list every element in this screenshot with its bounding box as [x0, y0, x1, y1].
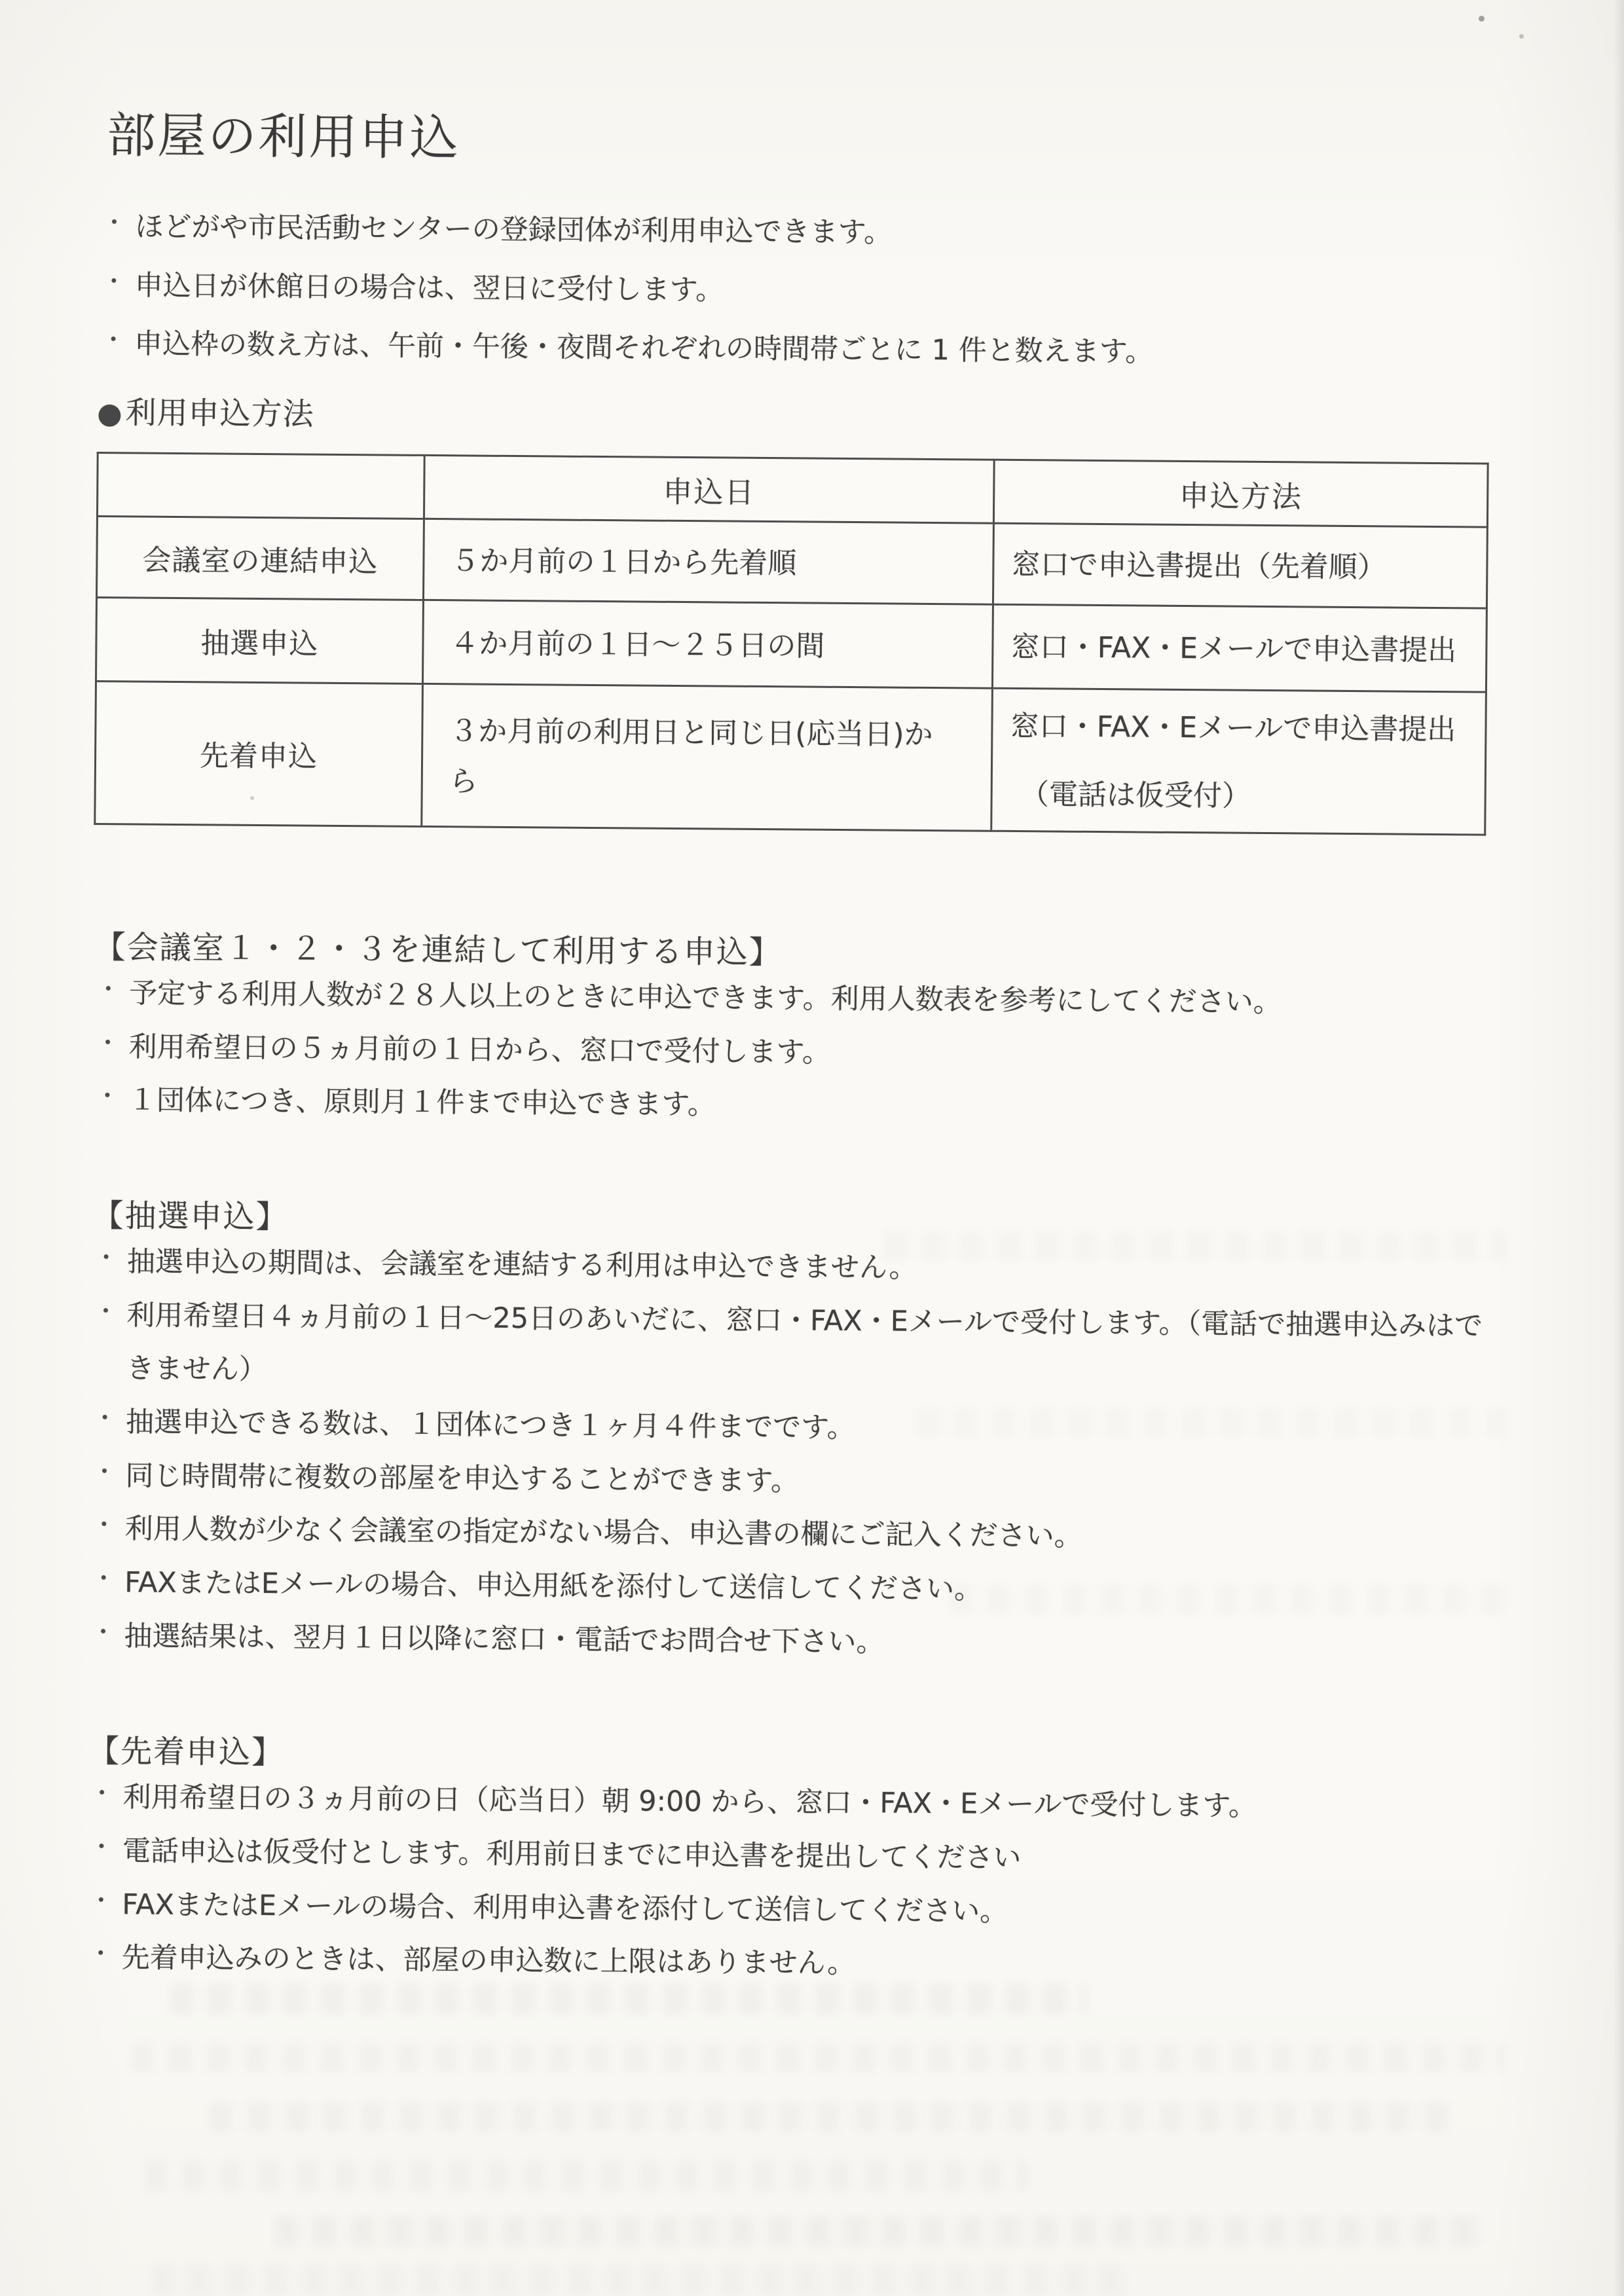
scan-edge-shadow [1614, 0, 1624, 2296]
cell-date: ５か月前の１日から先着順 [423, 519, 993, 604]
table-row: 会議室の連結申込 ５か月前の１日から先着順 窓口で申込書提出（先着順） [96, 517, 1487, 609]
bullet-text: FAXまたはEメールの場合、利用申込書を添付して送信してください。 [122, 1888, 1008, 1928]
list-item: ・ １団体につき、原則月１件まで申込できます。 [92, 1074, 1487, 1138]
header-cell-empty [97, 453, 424, 519]
bullet-icon: ・ [96, 968, 120, 1013]
bullet-text: 利用希望日の３ヵ月前の日（応当日）朝 9:00 から、窓口・FAX・Eメールで受… [122, 1781, 1257, 1823]
bleed-through-artifact [210, 2102, 1454, 2132]
bullet-icon: ・ [96, 1021, 120, 1066]
bullet-text: 同じ時間帯に複数の部屋を申込することができます。 [125, 1459, 799, 1497]
bullet-icon: ・ [91, 1611, 115, 1656]
bleed-through-artifact [275, 2216, 1486, 2246]
bullet-text: 先着申込みのときは、部屋の申込数に上限はありません。 [121, 1942, 855, 1980]
list-item: ・ ほどがや市民活動センターの登録団体が利用申込できます。 [98, 200, 1494, 264]
bullet-icon: ・ [93, 1396, 117, 1442]
bullet-text: １団体につき、原則月１件まで申込できます。 [128, 1084, 716, 1121]
bullet-icon: ・ [92, 1503, 117, 1548]
bullet-text: ほどがや市民活動センターの登録団体が利用申込できます。 [135, 210, 892, 249]
cell-date: ４か月前の１日～２５日の間 [422, 600, 993, 688]
header-cell-date: 申込日 [424, 455, 994, 523]
bullet-icon: ・ [94, 1236, 119, 1281]
section-bullet-list: ・ 利用希望日の３ヵ月前の日（応当日）朝 9:00 から、窓口・FAX・Eメール… [84, 1771, 1481, 1995]
page-title: 部屋の利用申込 [107, 97, 1494, 177]
cell-method: 窓口・FAX・Eメールで申込書提出 （電話は仮受付） [991, 688, 1486, 835]
bullet-icon: ・ [94, 1290, 118, 1335]
table-row: 抽選申込 ４か月前の１日～２５日の間 窓口・FAX・Eメールで申込書提出 [96, 598, 1486, 693]
intro-bullet-list: ・ ほどがや市民活動センターの登録団体が利用申込できます。 ・ 申込日が休館日の… [98, 200, 1494, 382]
bullet-text: FAXまたはEメールの場合、申込用紙を添付して送信してください。 [124, 1566, 982, 1605]
header-cell-method: 申込方法 [994, 460, 1488, 527]
table-header-row: 申込日 申込方法 [97, 453, 1488, 528]
bullet-text: 申込日が休館日の場合は、翌日に受付します。 [135, 269, 724, 306]
bullet-icon: ・ [92, 1557, 116, 1602]
bullet-text: 利用人数が少なく会議室の指定がない場合、申込書の欄にご記入ください。 [125, 1513, 1082, 1553]
section-bullet-list: ・ 抽選申込の期間は、会議室を連結する利用は申込できません。 ・ 利用希望日４ヵ… [87, 1235, 1485, 1674]
bleed-through-artifact [131, 2043, 1506, 2073]
bullet-icon: ・ [89, 1879, 113, 1924]
bleed-through-artifact [144, 2160, 1028, 2191]
application-method-table: 申込日 申込方法 会議室の連結申込 ５か月前の１日から先着順 窓口で申込書提出（… [94, 452, 1488, 835]
table-row: 先着申込 ３か月前の利用日と同じ日(応当日)から 窓口・FAX・Eメールで申込書… [95, 682, 1486, 835]
list-item: ・ 利用希望日４ヵ月前の１日～25日のあいだに、窓口・FAX・Eメールで受付しま… [89, 1289, 1485, 1407]
list-item: ・ 申込日が休館日の場合は、翌日に受付します。 [98, 259, 1493, 323]
bullet-icon: ・ [92, 1450, 117, 1495]
cell-type: 会議室の連結申込 [96, 517, 424, 600]
bullet-icon: ・ [90, 1825, 114, 1870]
bullet-text: 利用希望日４ヵ月前の１日～25日のあいだに、窓口・FAX・Eメールで受付します。… [126, 1299, 1483, 1386]
bullet-icon: ・ [102, 260, 126, 305]
list-item: ・ 抽選結果は、翌月１日以降に窓口・電話でお問合せ下さい。 [87, 1610, 1483, 1674]
scan-speck [1479, 16, 1485, 22]
document-content: 部屋の利用申込 ・ ほどがや市民活動センターの登録団体が利用申込できます。 ・ … [84, 97, 1494, 1996]
method-line: 窓口・FAX・Eメールで申込書提出 [1010, 704, 1479, 754]
bullet-text: 予定する利用人数が２８人以上のときに申込できます。利用人数表を参考にしてください… [129, 977, 1282, 1019]
cell-date: ３か月前の利用日と同じ日(応当日)から [422, 683, 993, 831]
cell-method: 窓口・FAX・Eメールで申込書提出 [993, 604, 1487, 692]
section-bullet-list: ・ 予定する利用人数が２８人以上のときに申込できます。利用人数表を参考にしてくだ… [92, 967, 1488, 1139]
bullet-text: 抽選申込できる数は、１団体につき１ヶ月４件までです。 [126, 1406, 855, 1444]
list-item: ・ 先着申込みのときは、部屋の申込数に上限はありません。 [84, 1931, 1480, 1995]
scan-speck [1519, 34, 1524, 39]
method-line: 窓口・FAX・Eメールで申込書提出 [1010, 625, 1479, 674]
cell-type: 先着申込 [95, 682, 423, 827]
cell-method: 窓口で申込書提出（先着順） [993, 523, 1488, 608]
cell-type: 抽選申込 [96, 598, 423, 684]
bullet-text: 抽選申込の期間は、会議室を連結する利用は申込できません。 [127, 1245, 917, 1284]
scan-speck [250, 796, 254, 800]
bleed-through-artifact [151, 2265, 1133, 2295]
filled-circle-icon: ● [97, 397, 123, 430]
method-line-note: （電話は仮受付） [1010, 772, 1478, 822]
bullet-icon: ・ [88, 1932, 113, 1977]
bullet-icon: ・ [102, 201, 126, 246]
bullet-icon: ・ [96, 1074, 120, 1120]
bullet-text: 電話申込は仮受付とします。利用前日までに申込書を提出してください [122, 1834, 1022, 1874]
bullet-icon: ・ [101, 318, 126, 363]
list-item: ・ 申込枠の数え方は、午前・午後・夜間それぞれの時間帯ごとに 1 件と数えます。 [98, 318, 1493, 382]
bullet-icon: ・ [90, 1772, 114, 1817]
method-line: 窓口で申込書提出（先着順） [1011, 542, 1479, 592]
section-marker-label: 利用申込方法 [125, 395, 314, 432]
scanned-document-page: { "colors": { "ink": "#3e3e3e", "paper":… [0, 0, 1624, 2296]
bullet-text: 申込枠の数え方は、午前・午後・夜間それぞれの時間帯ごとに 1 件と数えます。 [134, 328, 1154, 369]
bullet-text: 利用希望日の５ヵ月前の１日から、窓口で受付します。 [128, 1030, 830, 1068]
section-marker: ●利用申込方法 [97, 388, 1492, 443]
bullet-text: 抽選結果は、翌月１日以降に窓口・電話でお問合せ下さい。 [124, 1620, 884, 1658]
